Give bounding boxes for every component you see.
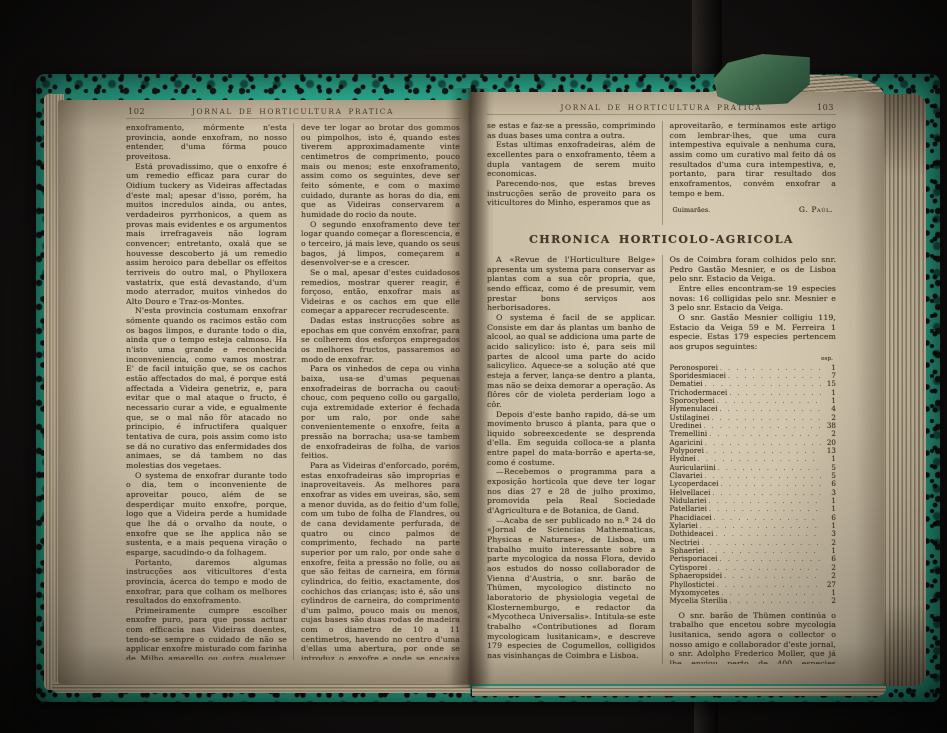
book-gutter-shadow	[450, 88, 490, 688]
dot-leader: . . . . . . . . . . . . . . . . . . . . …	[729, 390, 821, 397]
dot-leader: . . . . . . . . . . . . . . . . . . . . …	[717, 398, 821, 405]
article-end-column-1: se estas e faz-se a pressão, comprimindo…	[487, 121, 662, 225]
signature-author: G. Paúl.	[799, 205, 833, 215]
left-page-column-2: deve ter logar ao brotar dos gommos ou p…	[293, 123, 460, 660]
species-name: Dematiei	[670, 380, 703, 387]
press-strap-bottom	[694, 698, 718, 733]
paragraph: Está provadissimo, que o enxofre é um re…	[126, 162, 287, 307]
right-page: JORNAL DE HORTICULTURA PRATICA 103 se es…	[470, 92, 884, 684]
paragraph: se estas e faz-se a pressão, comprimindo…	[487, 121, 656, 140]
species-count: 1	[823, 389, 836, 396]
species-name: Sphaeropsidei	[670, 572, 723, 579]
left-page-columns: enxoframento, mórmente n'esta provincia,…	[126, 123, 460, 660]
dot-leader: . . . . . . . . . . . . . . . . . . . . …	[702, 540, 822, 547]
left-running-head: 102 JORNAL DE HORTICULTURA PRATICA	[126, 106, 460, 119]
paragraph: N'esta provincia costumam enxofrar sómen…	[126, 306, 287, 470]
species-name: Sphaeriei	[670, 547, 705, 554]
species-name: Helvellacei	[670, 489, 711, 496]
dot-leader: . . . . . . . . . . . . . . . . . . . . …	[721, 481, 821, 488]
species-name: Phacidiacei	[670, 514, 712, 521]
paragraph: O systema de enxofrar durante todo o dia…	[126, 471, 287, 558]
species-count: 5	[823, 472, 836, 479]
species-count: 2	[823, 539, 836, 546]
species-count: 38	[823, 422, 836, 429]
species-count: 2	[823, 597, 836, 604]
species-count: 20	[823, 439, 836, 446]
dot-leader: . . . . . . . . . . . . . . . . . . . . …	[705, 473, 821, 480]
species-name: Lycoperdacei	[670, 480, 719, 487]
dot-leader: . . . . . . . . . . . . . . . . . . . . …	[714, 515, 821, 522]
species-count: 1	[823, 397, 836, 404]
species-count: 1	[823, 497, 836, 504]
species-unit-header: esp.	[670, 356, 837, 363]
species-count: 6	[823, 480, 836, 487]
species-name: Dothideacei	[670, 530, 714, 537]
species-name: Uredinei	[670, 422, 702, 429]
article-end-columns: se estas e faz-se a pressão, comprimindo…	[487, 121, 836, 225]
dot-leader: . . . . . . . . . . . . . . . . . . . . …	[698, 456, 821, 463]
species-count: 5	[823, 464, 836, 471]
species-count: 3	[823, 489, 836, 496]
species-name: Myxomycetes	[670, 589, 720, 596]
paragraph: —Acaba de ser publicado no n.º 24 do «Jo…	[487, 516, 656, 661]
paragraph: Primeiramente cumpre escolher enxofre pu…	[126, 606, 287, 660]
dot-leader: . . . . . . . . . . . . . . . . . . . . …	[709, 431, 821, 438]
paragraph: Para os vinhedos de cepa ou vinha baixa,…	[301, 364, 460, 461]
dot-leader: . . . . . . . . . . . . . . . . . . . . …	[709, 498, 821, 505]
species-table-rows: Peronosporei. . . . . . . . . . . . . . …	[670, 364, 837, 606]
species-count: 4	[823, 405, 836, 412]
species-name: Xylariei	[670, 522, 698, 529]
dot-leader: . . . . . . . . . . . . . . . . . . . . …	[711, 415, 821, 422]
dot-leader: . . . . . . . . . . . . . . . . . . . . …	[712, 490, 821, 497]
dot-leader: . . . . . . . . . . . . . . . . . . . . …	[709, 506, 821, 513]
species-count: 6	[823, 555, 836, 562]
species-name: Nectriei	[670, 539, 700, 546]
right-running-head: JORNAL DE HORTICULTURA PRATICA 103	[487, 102, 836, 115]
species-name: Nidulariei	[670, 497, 707, 504]
paragraph: O segundo enxoframento deve ter logar qu…	[301, 220, 460, 268]
paragraph: Parecendo-nos, que estas breves instrucç…	[487, 179, 656, 208]
page-edges-right	[882, 94, 926, 686]
paragraph: Depois d'este banho rapido, dá-se um mov…	[487, 410, 656, 468]
paragraph: aproveitarão, e terminamos este artigo c…	[670, 121, 837, 198]
paragraph: O systema é facil de se applicar. Consis…	[487, 313, 656, 410]
species-count: 1	[823, 589, 836, 596]
species-count: 2	[823, 572, 836, 579]
dot-leader: . . . . . . . . . . . . . . . . . . . . …	[705, 440, 821, 447]
species-count: 2	[823, 430, 836, 437]
species-name: Sporidesmiacei	[670, 372, 727, 379]
dot-leader: . . . . . . . . . . . . . . . . . . . . …	[700, 523, 821, 530]
species-count: 2	[823, 414, 836, 421]
paragraph: Portanto, daremos algumas instrucções ao…	[126, 558, 287, 606]
paragraph: Os de Coimbra foram colhidos pelo snr. P…	[670, 255, 837, 284]
paragraph: enxoframento, mórmente n'esta provincia,…	[126, 123, 287, 162]
paragraph: O snr. Gastão Mesnier colligiu 119, Esta…	[670, 313, 837, 352]
paragraph: Entre elles encontram-se 19 especies nov…	[670, 284, 837, 313]
species-name: Hymenulacei	[670, 405, 718, 412]
species-count: 6	[823, 514, 836, 521]
dot-leader: . . . . . . . . . . . . . . . . . . . . …	[720, 365, 821, 372]
dot-leader: . . . . . . . . . . . . . . . . . . . . …	[718, 465, 821, 472]
species-count: 1	[823, 547, 836, 554]
species-name: Sporocybeei	[670, 397, 715, 404]
species-name: Auriculariini	[670, 464, 716, 471]
dot-leader: . . . . . . . . . . . . . . . . . . . . …	[720, 406, 821, 413]
article-signature: Guimarães. G. Paúl.	[670, 205, 837, 216]
species-count: 2	[823, 564, 836, 571]
species-row: Mycelia Sterilia. . . . . . . . . . . . …	[670, 597, 837, 605]
species-name: Agaricini	[670, 439, 703, 446]
species-name: Mycelia Sterilia	[670, 597, 728, 604]
right-page-number: 103	[817, 102, 834, 112]
paragraph: Se o mal, apesar d'estes cuidadosos reme…	[301, 268, 460, 316]
dot-leader: . . . . . . . . . . . . . . . . . . . . …	[706, 448, 821, 455]
species-count: 27	[823, 581, 836, 588]
paragraph: —Recebemos o programma para a exposição …	[487, 467, 656, 515]
paragraph: O snr. barão de Thümen continúa o trabal…	[670, 611, 837, 664]
paragraph: Estas ultimas enxofradeiras, além de exc…	[487, 140, 656, 179]
species-name: Ustilaginei	[670, 414, 710, 421]
paragraph: Dadas estas instrucções sobre as epochas…	[301, 316, 460, 364]
dot-leader: . . . . . . . . . . . . . . . . . . . . …	[722, 590, 821, 597]
species-name: Tremellini	[670, 430, 708, 437]
left-page-column-1: enxoframento, mórmente n'esta provincia,…	[126, 123, 293, 660]
page-edges-bottom-right	[472, 686, 886, 696]
dot-leader: . . . . . . . . . . . . . . . . . . . . …	[717, 582, 821, 589]
species-count: 15	[823, 380, 836, 387]
species-name: Peronosporei	[670, 364, 718, 371]
species-name: Trichodermacei	[670, 389, 728, 396]
species-name: Patellariei	[670, 505, 708, 512]
species-name: Hydnei	[670, 455, 696, 462]
dot-leader: . . . . . . . . . . . . . . . . . . . . …	[728, 373, 821, 380]
dot-leader: . . . . . . . . . . . . . . . . . . . . …	[715, 531, 821, 538]
right-running-title: JORNAL DE HORTICULTURA PRATICA	[487, 103, 836, 112]
chronicle-column-1: A «Revue de l'Horticulture Belge» aprese…	[487, 255, 662, 664]
species-count: 1	[823, 364, 836, 371]
chronicle-columns: A «Revue de l'Horticulture Belge» aprese…	[487, 255, 836, 664]
chronicle-column-2: Os de Coimbra foram colhidos pelo snr. P…	[662, 255, 837, 664]
dot-leader: . . . . . . . . . . . . . . . . . . . . …	[707, 548, 821, 555]
dot-leader: . . . . . . . . . . . . . . . . . . . . …	[704, 423, 821, 430]
dot-leader: . . . . . . . . . . . . . . . . . . . . …	[724, 573, 821, 580]
dot-leader: . . . . . . . . . . . . . . . . . . . . …	[730, 598, 821, 605]
species-name: Polyporei	[670, 447, 704, 454]
species-count: 1	[823, 455, 836, 462]
species-name: Cytisporei	[670, 564, 708, 571]
species-name: Phyllostictei	[670, 581, 715, 588]
left-running-title: JORNAL DE HORTICULTURA PRATICA	[126, 107, 460, 116]
article-end-column-2: aproveitarão, e terminamos este artigo c…	[662, 121, 837, 225]
left-page: 102 JORNAL DE HORTICULTURA PRATICA enxof…	[58, 100, 470, 684]
paragraph: deve ter logar ao brotar dos gommos ou p…	[301, 123, 460, 220]
species-count: 7	[823, 372, 836, 379]
dot-leader: . . . . . . . . . . . . . . . . . . . . …	[720, 556, 821, 563]
signature-place: Guimarães.	[673, 206, 711, 216]
species-count: 13	[823, 447, 836, 454]
section-heading: CHRONICA HORTICOLO-AGRICOLA	[487, 233, 836, 246]
species-name: Clavariei	[670, 472, 703, 479]
species-name: Perisporiacei	[670, 555, 718, 562]
book-photograph: 102 JORNAL DE HORTICULTURA PRATICA enxof…	[0, 0, 947, 733]
dot-leader: . . . . . . . . . . . . . . . . . . . . …	[709, 565, 821, 572]
dot-leader: . . . . . . . . . . . . . . . . . . . . …	[705, 381, 821, 388]
species-count: 1	[823, 505, 836, 512]
species-count: 1	[823, 522, 836, 529]
paragraph: Para as Videiras d'enforcado, porém, est…	[301, 461, 460, 660]
paragraph: A «Revue de l'Horticulture Belge» aprese…	[487, 255, 656, 313]
species-count: 3	[823, 530, 836, 537]
